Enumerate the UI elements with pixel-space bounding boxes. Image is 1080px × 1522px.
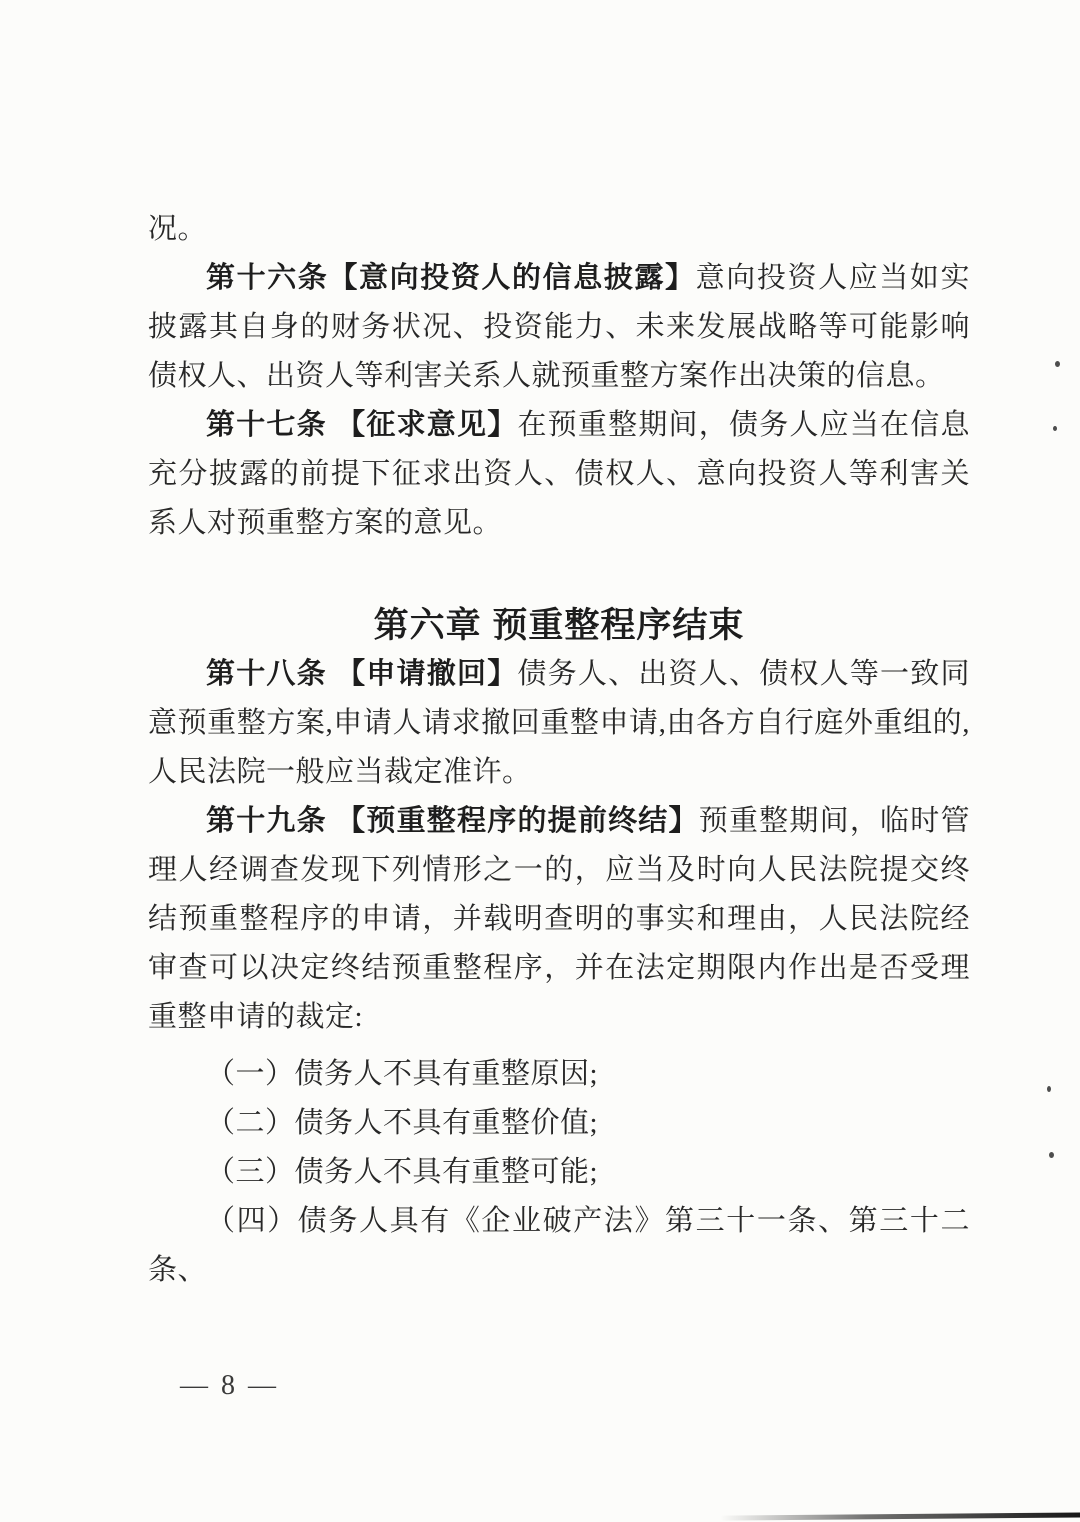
article-16-heading: 第十六条【意向投资人的信息披露】 — [206, 262, 696, 294]
enumerated-items: （一）债务人不具有重整原因; （二）债务人不具有重整价值; （三）债务人不具有重… — [148, 1050, 970, 1295]
article-18-heading: 第十八条 【申请撤回】 — [206, 658, 517, 690]
list-item-1: （一）债务人不具有重整原因; — [148, 1050, 970, 1099]
scan-speck — [1049, 1152, 1054, 1158]
continuation-line: 况。 — [148, 205, 970, 254]
list-item-4: （四）债务人具有《企业破产法》第三十一条、第三十二条、 — [148, 1197, 970, 1295]
article-17-heading: 第十七条 【征求意见】 — [206, 409, 517, 441]
scan-speck — [1047, 1086, 1051, 1092]
document-content: 况。 第十六条【意向投资人的信息披露】意向投资人应当如实披露其自身的财务状况、投… — [148, 205, 970, 1295]
list-item-2: （二）债务人不具有重整价值; — [148, 1099, 970, 1148]
page-footer: — 8 — — [180, 1366, 276, 1406]
footer-left-dash: — — [180, 1366, 208, 1406]
article-19-heading: 第十九条 【预重整程序的提前终结】 — [206, 805, 699, 837]
scan-edge-shadow — [720, 1512, 1080, 1520]
list-item-3: （三）债务人不具有重整可能; — [148, 1148, 970, 1197]
scan-speck — [1055, 361, 1060, 367]
article-16-paragraph: 第十六条【意向投资人的信息披露】意向投资人应当如实披露其自身的财务状况、投资能力… — [148, 254, 970, 401]
article-17-paragraph: 第十七条 【征求意见】在预重整期间，债务人应当在信息充分披露的前提下征求出资人、… — [148, 401, 970, 548]
article-18-paragraph: 第十八条 【申请撤回】债务人、出资人、债权人等一致同意预重整方案,申请人请求撤回… — [148, 650, 970, 797]
scanned-document-page: 况。 第十六条【意向投资人的信息披露】意向投资人应当如实披露其自身的财务状况、投… — [0, 0, 1080, 1522]
scan-speck — [1053, 426, 1057, 431]
chapter-heading: 第六章 预重整程序结束 — [148, 601, 970, 650]
article-19-paragraph: 第十九条 【预重整程序的提前终结】预重整期间，临时管理人经调查发现下列情形之一的… — [148, 797, 970, 1042]
article-19-body: 预重整期间，临时管理人经调查发现下列情形之一的，应当及时向人民法院提交终结预重整… — [148, 805, 970, 1033]
footer-right-dash: — — [248, 1366, 276, 1406]
page-number: 8 — [221, 1366, 235, 1406]
